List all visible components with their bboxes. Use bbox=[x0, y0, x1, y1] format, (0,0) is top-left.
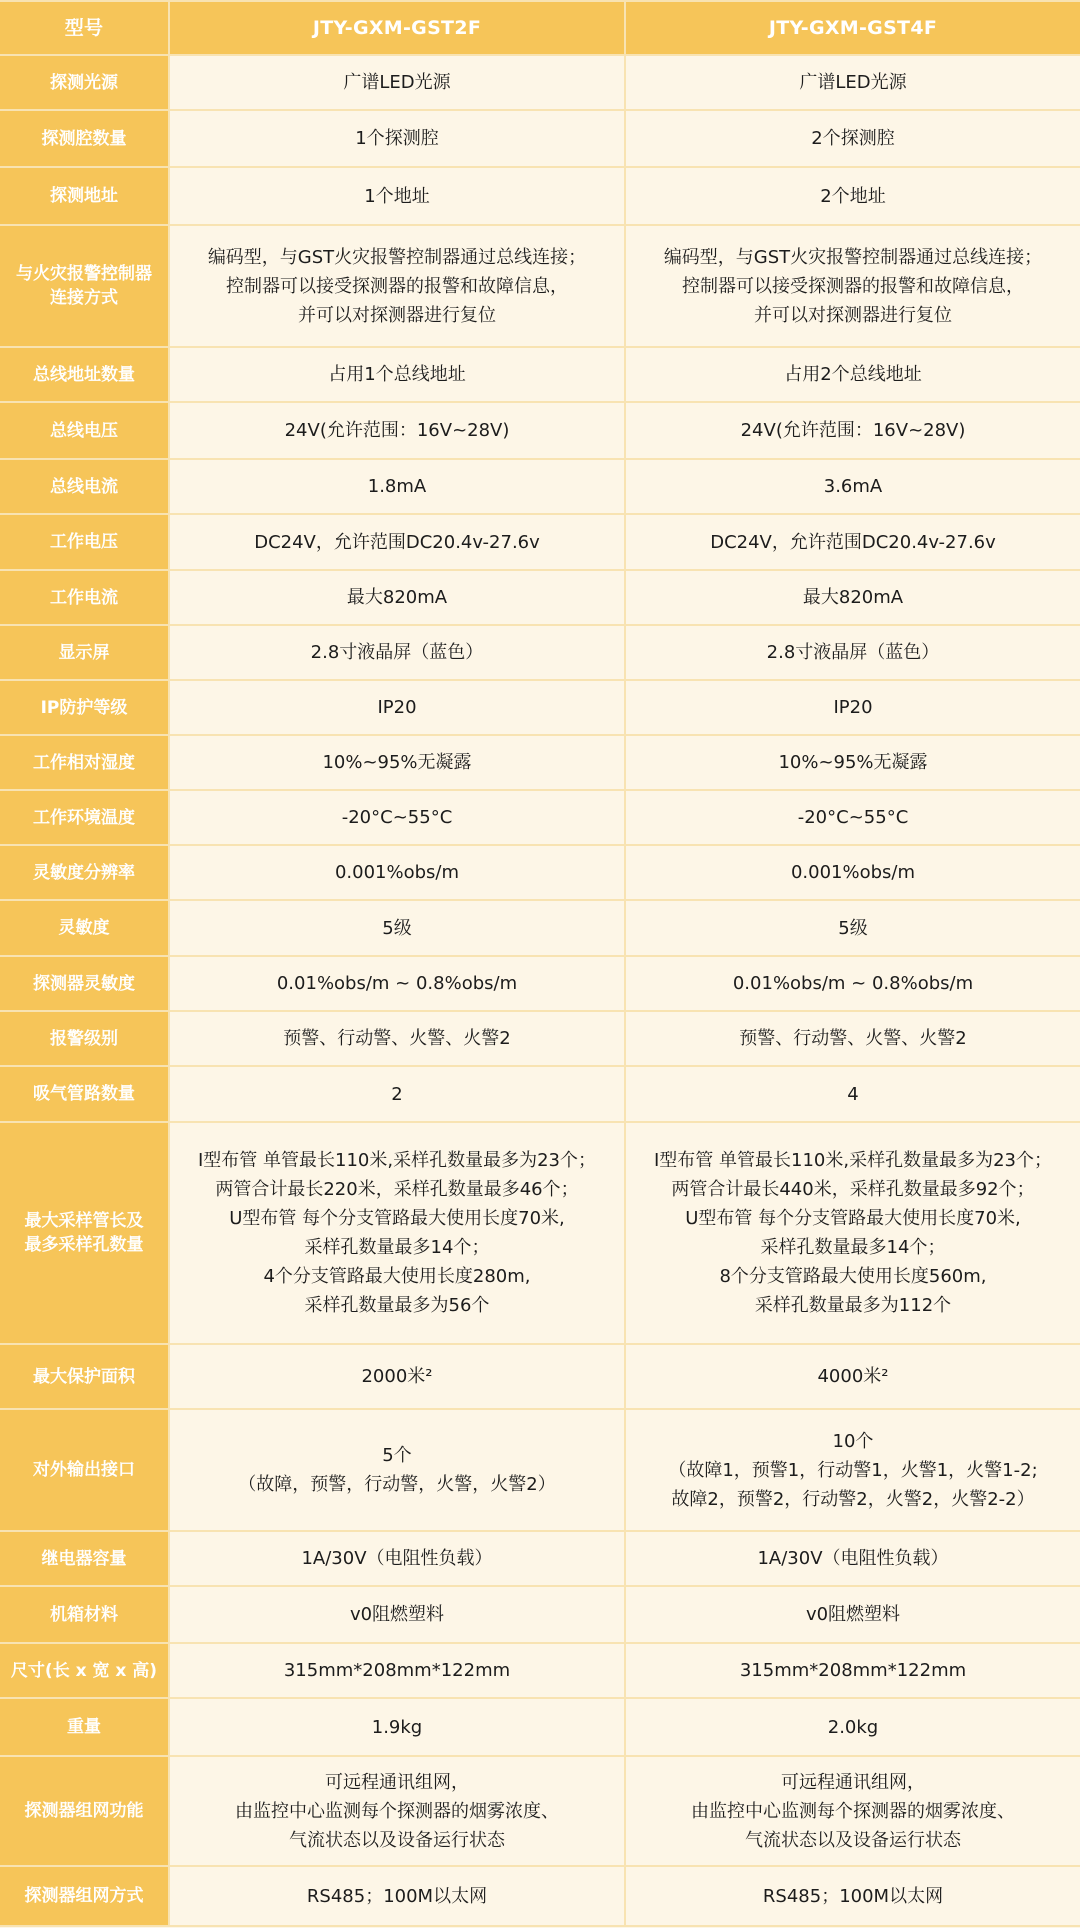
cell-gst4f: 24V(允许范围：16V~28V) bbox=[625, 402, 1080, 459]
table-row: 最大采样管长及最多采样孔数量I型布管 单管最长110米,采样孔数量最多为23个；… bbox=[0, 1122, 1080, 1344]
cell-gst4f: 10%~95%无凝露 bbox=[625, 735, 1080, 790]
cell-gst4f: 10个（故障1，预警1，行动警1，火警1，火警1-2;故障2，预警2，行动警2，… bbox=[625, 1409, 1080, 1531]
table-row: 探测地址1个地址2个地址 bbox=[0, 167, 1080, 225]
row-label-line: 最大采样管长及 bbox=[2, 1209, 166, 1233]
cell-text-line: 故障2，预警2，行动警2，火警2，火警2-2） bbox=[630, 1485, 1076, 1514]
row-label: 机箱材料 bbox=[0, 1586, 169, 1643]
cell-gst2f: 1个探测腔 bbox=[169, 110, 625, 167]
table-row: 机箱材料v0阻燃塑料v0阻燃塑料 bbox=[0, 1586, 1080, 1643]
row-label: 工作电流 bbox=[0, 570, 169, 625]
cell-text-line: 广谱LED光源 bbox=[174, 68, 620, 97]
cell-text-line: 编码型，与GST火灾报警控制器通过总线连接； bbox=[174, 243, 620, 272]
cell-gst2f: 广谱LED光源 bbox=[169, 55, 625, 110]
table-row: 最大保护面积2000米²4000米² bbox=[0, 1344, 1080, 1409]
cell-text-line: I型布管 单管最长110米,采样孔数量最多为23个； bbox=[174, 1146, 620, 1175]
table-row: 重量1.9kg2.0kg bbox=[0, 1698, 1080, 1756]
cell-gst2f: 24V(允许范围：16V~28V) bbox=[169, 402, 625, 459]
spec-table-body: 探测光源广谱LED光源广谱LED光源探测腔数量1个探测腔2个探测腔探测地址1个地… bbox=[0, 55, 1080, 1926]
cell-gst4f: 占用2个总线地址 bbox=[625, 347, 1080, 402]
cell-text-line: 由监控中心监测每个探测器的烟雾浓度、 bbox=[174, 1797, 620, 1826]
cell-gst2f: IP20 bbox=[169, 680, 625, 735]
cell-text-line: 预警、行动警、火警、火警2 bbox=[174, 1024, 620, 1053]
table-row: 尺寸(长 x 宽 x 高)315mm*208mm*122mm315mm*208m… bbox=[0, 1643, 1080, 1698]
cell-gst4f: 广谱LED光源 bbox=[625, 55, 1080, 110]
row-label: 工作环境温度 bbox=[0, 790, 169, 845]
cell-text-line: 4 bbox=[630, 1080, 1076, 1109]
cell-text-line: 并可以对探测器进行复位 bbox=[174, 301, 620, 330]
cell-text-line: 采样孔数量最多为112个 bbox=[630, 1291, 1076, 1320]
row-label: 总线电流 bbox=[0, 459, 169, 514]
cell-gst2f: 10%~95%无凝露 bbox=[169, 735, 625, 790]
cell-text-line: U型布管 每个分支管路最大使用长度70米, bbox=[174, 1204, 620, 1233]
cell-text-line: v0阻燃塑料 bbox=[630, 1600, 1076, 1629]
table-row: 探测腔数量1个探测腔2个探测腔 bbox=[0, 110, 1080, 167]
cell-gst2f: 编码型，与GST火灾报警控制器通过总线连接；控制器可以接受探测器的报警和故障信息… bbox=[169, 225, 625, 347]
cell-text-line: 2个地址 bbox=[630, 182, 1076, 211]
cell-gst2f: I型布管 单管最长110米,采样孔数量最多为23个；两管合计最长220米，采样孔… bbox=[169, 1122, 625, 1344]
row-label: 探测器组网方式 bbox=[0, 1866, 169, 1926]
table-row: 总线电流1.8mA3.6mA bbox=[0, 459, 1080, 514]
cell-gst4f: 4000米² bbox=[625, 1344, 1080, 1409]
cell-text-line: -20°C~55°C bbox=[174, 803, 620, 832]
table-row: 探测光源广谱LED光源广谱LED光源 bbox=[0, 55, 1080, 110]
cell-gst4f: 315mm*208mm*122mm bbox=[625, 1643, 1080, 1698]
cell-text-line: 气流状态以及设备运行状态 bbox=[174, 1826, 620, 1855]
cell-text-line: 控制器可以接受探测器的报警和故障信息， bbox=[174, 272, 620, 301]
cell-text-line: 1个探测腔 bbox=[174, 124, 620, 153]
cell-gst2f: DC24V，允许范围DC20.4v-27.6v bbox=[169, 514, 625, 570]
cell-gst2f: 5个（故障，预警，行动警，火警，火警2） bbox=[169, 1409, 625, 1531]
cell-gst4f: 3.6mA bbox=[625, 459, 1080, 514]
table-row: 探测器组网功能可远程通讯组网，由监控中心监测每个探测器的烟雾浓度、气流状态以及设… bbox=[0, 1756, 1080, 1866]
cell-text-line: 广谱LED光源 bbox=[630, 68, 1076, 97]
cell-text-line: 10%~95%无凝露 bbox=[174, 748, 620, 777]
row-label: 探测器组网功能 bbox=[0, 1756, 169, 1866]
table-row: IP防护等级IP20IP20 bbox=[0, 680, 1080, 735]
cell-text-line: 0.01%obs/m ~ 0.8%obs/m bbox=[174, 969, 620, 998]
cell-text-line: IP20 bbox=[174, 693, 620, 722]
row-label: 工作相对湿度 bbox=[0, 735, 169, 790]
cell-gst2f: 2000米² bbox=[169, 1344, 625, 1409]
cell-gst2f: 0.001%obs/m bbox=[169, 845, 625, 900]
cell-text-line: 采样孔数量最多14个； bbox=[630, 1233, 1076, 1262]
cell-text-line: （故障1，预警1，行动警1，火警1，火警1-2; bbox=[630, 1456, 1076, 1485]
cell-text-line: 编码型，与GST火灾报警控制器通过总线连接； bbox=[630, 243, 1076, 272]
cell-gst4f: 4 bbox=[625, 1066, 1080, 1122]
row-label: 最大保护面积 bbox=[0, 1344, 169, 1409]
cell-text-line: 采样孔数量最多为56个 bbox=[174, 1291, 620, 1320]
cell-text-line: 2个探测腔 bbox=[630, 124, 1076, 153]
cell-text-line: （故障，预警，行动警，火警，火警2） bbox=[174, 1470, 620, 1499]
cell-text-line: 预警、行动警、火警、火警2 bbox=[630, 1024, 1076, 1053]
cell-text-line: 5级 bbox=[174, 914, 620, 943]
row-label: 探测器灵敏度 bbox=[0, 956, 169, 1011]
table-row: 工作电流最大820mA最大820mA bbox=[0, 570, 1080, 625]
cell-gst4f: v0阻燃塑料 bbox=[625, 1586, 1080, 1643]
cell-gst4f: 0.01%obs/m ~ 0.8%obs/m bbox=[625, 956, 1080, 1011]
row-label: 吸气管路数量 bbox=[0, 1066, 169, 1122]
row-label: 与火灾报警控制器连接方式 bbox=[0, 225, 169, 347]
cell-text-line: U型布管 每个分支管路最大使用长度70米, bbox=[630, 1204, 1076, 1233]
cell-gst2f: 1A/30V（电阻性负载） bbox=[169, 1531, 625, 1586]
row-label: 探测光源 bbox=[0, 55, 169, 110]
cell-text-line: 占用1个总线地址 bbox=[174, 360, 620, 389]
cell-text-line: 2.8寸液晶屏（蓝色） bbox=[174, 638, 620, 667]
spec-comparison-table: 型号 JTY-GXM-GST2F JTY-GXM-GST4F 探测光源广谱LED… bbox=[0, 0, 1080, 1927]
cell-gst4f: 2.0kg bbox=[625, 1698, 1080, 1756]
row-label: 探测腔数量 bbox=[0, 110, 169, 167]
table-row: 显示屏2.8寸液晶屏（蓝色）2.8寸液晶屏（蓝色） bbox=[0, 625, 1080, 680]
cell-gst4f: 2.8寸液晶屏（蓝色） bbox=[625, 625, 1080, 680]
cell-text-line: 气流状态以及设备运行状态 bbox=[630, 1826, 1076, 1855]
cell-text-line: v0阻燃塑料 bbox=[174, 1600, 620, 1629]
cell-text-line: 1.9kg bbox=[174, 1713, 620, 1742]
table-row: 对外输出接口5个（故障，预警，行动警，火警，火警2）10个（故障1，预警1，行动… bbox=[0, 1409, 1080, 1531]
cell-gst4f: 5级 bbox=[625, 900, 1080, 956]
cell-text-line: 可远程通讯组网， bbox=[174, 1768, 620, 1797]
row-label-line: 最多采样孔数量 bbox=[2, 1233, 166, 1257]
cell-gst2f: 最大820mA bbox=[169, 570, 625, 625]
cell-text-line: 两管合计最长220米，采样孔数量最多46个； bbox=[174, 1175, 620, 1204]
cell-gst2f: 1.9kg bbox=[169, 1698, 625, 1756]
cell-gst2f: 占用1个总线地址 bbox=[169, 347, 625, 402]
cell-text-line: 2.0kg bbox=[630, 1713, 1076, 1742]
cell-text-line: DC24V，允许范围DC20.4v-27.6v bbox=[630, 528, 1076, 557]
cell-gst4f: I型布管 单管最长110米,采样孔数量最多为23个；两管合计最长440米，采样孔… bbox=[625, 1122, 1080, 1344]
row-label: IP防护等级 bbox=[0, 680, 169, 735]
cell-text-line: IP20 bbox=[630, 693, 1076, 722]
cell-text-line: 10%~95%无凝露 bbox=[630, 748, 1076, 777]
cell-text-line: 10个 bbox=[630, 1427, 1076, 1456]
row-label-line: 与火灾报警控制器 bbox=[2, 262, 166, 286]
cell-text-line: 24V(允许范围：16V~28V) bbox=[174, 416, 620, 445]
row-label: 灵敏度分辨率 bbox=[0, 845, 169, 900]
cell-gst2f: -20°C~55°C bbox=[169, 790, 625, 845]
cell-text-line: 2 bbox=[174, 1080, 620, 1109]
cell-text-line: 最大820mA bbox=[174, 583, 620, 612]
cell-text-line: 0.001%obs/m bbox=[174, 858, 620, 887]
table-row: 探测器灵敏度0.01%obs/m ~ 0.8%obs/m0.01%obs/m ~… bbox=[0, 956, 1080, 1011]
cell-text-line: 1个地址 bbox=[174, 182, 620, 211]
cell-text-line: 1A/30V（电阻性负载） bbox=[630, 1544, 1076, 1573]
cell-gst2f: 可远程通讯组网，由监控中心监测每个探测器的烟雾浓度、气流状态以及设备运行状态 bbox=[169, 1756, 625, 1866]
cell-text-line: I型布管 单管最长110米,采样孔数量最多为23个； bbox=[630, 1146, 1076, 1175]
cell-gst2f: 1.8mA bbox=[169, 459, 625, 514]
cell-gst4f: IP20 bbox=[625, 680, 1080, 735]
cell-text-line: 1A/30V（电阻性负载） bbox=[174, 1544, 620, 1573]
table-row: 工作电压DC24V，允许范围DC20.4v-27.6vDC24V，允许范围DC2… bbox=[0, 514, 1080, 570]
row-label: 重量 bbox=[0, 1698, 169, 1756]
cell-gst4f: 可远程通讯组网，由监控中心监测每个探测器的烟雾浓度、气流状态以及设备运行状态 bbox=[625, 1756, 1080, 1866]
cell-text-line: 5个 bbox=[174, 1441, 620, 1470]
row-label: 对外输出接口 bbox=[0, 1409, 169, 1531]
cell-text-line: 最大820mA bbox=[630, 583, 1076, 612]
cell-text-line: 315mm*208mm*122mm bbox=[630, 1656, 1076, 1685]
header-model-gst4f: JTY-GXM-GST4F bbox=[625, 1, 1080, 55]
table-row: 总线电压24V(允许范围：16V~28V)24V(允许范围：16V~28V) bbox=[0, 402, 1080, 459]
cell-text-line: 并可以对探测器进行复位 bbox=[630, 301, 1076, 330]
cell-text-line: 8个分支管路最大使用长度560m, bbox=[630, 1262, 1076, 1291]
cell-gst2f: v0阻燃塑料 bbox=[169, 1586, 625, 1643]
cell-text-line: RS485；100M以太网 bbox=[630, 1882, 1076, 1911]
cell-gst4f: 2个地址 bbox=[625, 167, 1080, 225]
cell-text-line: 3.6mA bbox=[630, 472, 1076, 501]
cell-gst2f: 1个地址 bbox=[169, 167, 625, 225]
cell-text-line: 1.8mA bbox=[174, 472, 620, 501]
cell-text-line: 控制器可以接受探测器的报警和故障信息， bbox=[630, 272, 1076, 301]
table-row: 灵敏度5级5级 bbox=[0, 900, 1080, 956]
cell-text-line: 2.8寸液晶屏（蓝色） bbox=[630, 638, 1076, 667]
header-model-gst2f: JTY-GXM-GST2F bbox=[169, 1, 625, 55]
cell-gst2f: 2 bbox=[169, 1066, 625, 1122]
row-label: 最大采样管长及最多采样孔数量 bbox=[0, 1122, 169, 1344]
table-row: 吸气管路数量24 bbox=[0, 1066, 1080, 1122]
row-label: 灵敏度 bbox=[0, 900, 169, 956]
row-label: 探测地址 bbox=[0, 167, 169, 225]
cell-text-line: 0.01%obs/m ~ 0.8%obs/m bbox=[630, 969, 1076, 998]
row-label: 总线地址数量 bbox=[0, 347, 169, 402]
cell-text-line: 占用2个总线地址 bbox=[630, 360, 1076, 389]
table-row: 探测器组网方式RS485；100M以太网RS485；100M以太网 bbox=[0, 1866, 1080, 1926]
table-row: 总线地址数量占用1个总线地址占用2个总线地址 bbox=[0, 347, 1080, 402]
cell-gst4f: 最大820mA bbox=[625, 570, 1080, 625]
cell-gst4f: RS485；100M以太网 bbox=[625, 1866, 1080, 1926]
cell-text-line: -20°C~55°C bbox=[630, 803, 1076, 832]
cell-text-line: 5级 bbox=[630, 914, 1076, 943]
row-label: 报警级别 bbox=[0, 1011, 169, 1066]
cell-gst4f: 0.001%obs/m bbox=[625, 845, 1080, 900]
cell-gst2f: 315mm*208mm*122mm bbox=[169, 1643, 625, 1698]
cell-text-line: 由监控中心监测每个探测器的烟雾浓度、 bbox=[630, 1797, 1076, 1826]
table-row: 继电器容量1A/30V（电阻性负载）1A/30V（电阻性负载） bbox=[0, 1531, 1080, 1586]
header-label-model: 型号 bbox=[0, 1, 169, 55]
cell-text-line: DC24V，允许范围DC20.4v-27.6v bbox=[174, 528, 620, 557]
cell-text-line: 315mm*208mm*122mm bbox=[174, 1656, 620, 1685]
row-label: 显示屏 bbox=[0, 625, 169, 680]
row-label-line: 连接方式 bbox=[2, 286, 166, 310]
table-row: 工作环境温度-20°C~55°C-20°C~55°C bbox=[0, 790, 1080, 845]
cell-gst2f: 2.8寸液晶屏（蓝色） bbox=[169, 625, 625, 680]
cell-gst4f: 1A/30V（电阻性负载） bbox=[625, 1531, 1080, 1586]
cell-text-line: 0.001%obs/m bbox=[630, 858, 1076, 887]
table-row: 报警级别预警、行动警、火警、火警2预警、行动警、火警、火警2 bbox=[0, 1011, 1080, 1066]
cell-gst4f: -20°C~55°C bbox=[625, 790, 1080, 845]
cell-gst2f: RS485；100M以太网 bbox=[169, 1866, 625, 1926]
cell-gst2f: 0.01%obs/m ~ 0.8%obs/m bbox=[169, 956, 625, 1011]
cell-gst4f: 编码型，与GST火灾报警控制器通过总线连接；控制器可以接受探测器的报警和故障信息… bbox=[625, 225, 1080, 347]
cell-text-line: 采样孔数量最多14个； bbox=[174, 1233, 620, 1262]
cell-text-line: 可远程通讯组网， bbox=[630, 1768, 1076, 1797]
cell-text-line: RS485；100M以太网 bbox=[174, 1882, 620, 1911]
header-row: 型号 JTY-GXM-GST2F JTY-GXM-GST4F bbox=[0, 1, 1080, 55]
row-label: 继电器容量 bbox=[0, 1531, 169, 1586]
cell-text-line: 2000米² bbox=[174, 1362, 620, 1391]
table-row: 灵敏度分辨率0.001%obs/m0.001%obs/m bbox=[0, 845, 1080, 900]
cell-gst2f: 预警、行动警、火警、火警2 bbox=[169, 1011, 625, 1066]
row-label: 总线电压 bbox=[0, 402, 169, 459]
cell-gst2f: 5级 bbox=[169, 900, 625, 956]
cell-gst4f: 预警、行动警、火警、火警2 bbox=[625, 1011, 1080, 1066]
cell-gst4f: 2个探测腔 bbox=[625, 110, 1080, 167]
cell-text-line: 两管合计最长440米，采样孔数量最多92个； bbox=[630, 1175, 1076, 1204]
cell-text-line: 4000米² bbox=[630, 1362, 1076, 1391]
cell-text-line: 4个分支管路最大使用长度280m, bbox=[174, 1262, 620, 1291]
cell-gst4f: DC24V，允许范围DC20.4v-27.6v bbox=[625, 514, 1080, 570]
table-row: 工作相对湿度10%~95%无凝露10%~95%无凝露 bbox=[0, 735, 1080, 790]
table-row: 与火灾报警控制器连接方式编码型，与GST火灾报警控制器通过总线连接；控制器可以接… bbox=[0, 225, 1080, 347]
row-label: 工作电压 bbox=[0, 514, 169, 570]
row-label: 尺寸(长 x 宽 x 高) bbox=[0, 1643, 169, 1698]
cell-text-line: 24V(允许范围：16V~28V) bbox=[630, 416, 1076, 445]
